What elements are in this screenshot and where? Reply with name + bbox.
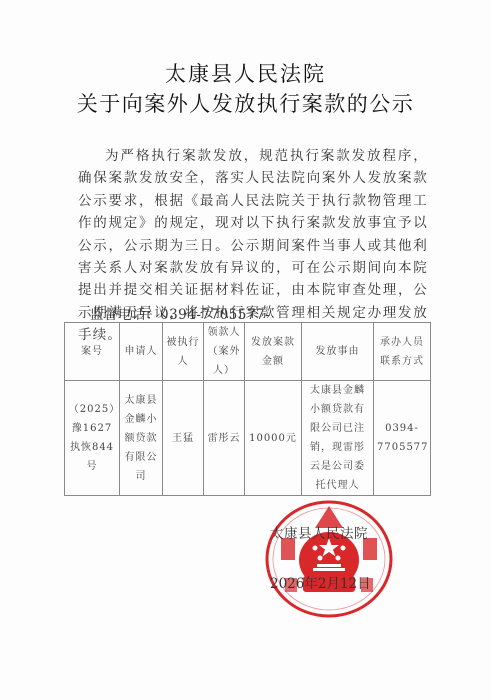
cell-reason: 太康县金麟小额贷款有限公司已注销，现雷彤云是公司委托代理人 xyxy=(302,381,374,496)
notice-title: 关于向案外人发放执行案款的公示 xyxy=(0,88,491,118)
table-row: （2025）豫1627执恢844号 太康县金麟小额贷款有限公司 王猛 雷彤云 1… xyxy=(65,381,431,496)
header-reason: 发放事由 xyxy=(302,323,374,381)
header-payee: 领款人（案外人） xyxy=(204,323,245,381)
cell-case-no: （2025）豫1627执恢844号 xyxy=(65,381,120,496)
table-header-row: 案号 申请人 被执行人 领款人（案外人） 发放案款金额 发放事由 承办人员联系方… xyxy=(65,323,431,381)
header-respondent: 被执行人 xyxy=(163,323,204,381)
issue-date: 2026年2月12日 xyxy=(270,572,371,592)
header-applicant: 申请人 xyxy=(120,323,163,381)
disbursement-table: 案号 申请人 被执行人 领款人（案外人） 发放案款金额 发放事由 承办人员联系方… xyxy=(64,322,431,496)
header-amount: 发放案款金额 xyxy=(245,323,302,381)
supervision-phone: 监督电话：0394-7705577- xyxy=(90,303,270,323)
cell-contact: 0394-7705577 xyxy=(374,381,431,496)
court-seal-icon xyxy=(263,498,395,620)
issuer-signature: 太康县人民法院 xyxy=(270,522,368,542)
court-name-heading: 太康县人民法院 xyxy=(0,58,491,88)
header-case-no: 案号 xyxy=(65,323,120,381)
cell-amount: 10000元 xyxy=(245,381,302,496)
cell-applicant: 太康县金麟小额贷款有限公司 xyxy=(120,381,163,496)
cell-payee: 雷彤云 xyxy=(204,381,245,496)
header-contact: 承办人员联系方式 xyxy=(374,323,431,381)
cell-respondent: 王猛 xyxy=(163,381,204,496)
